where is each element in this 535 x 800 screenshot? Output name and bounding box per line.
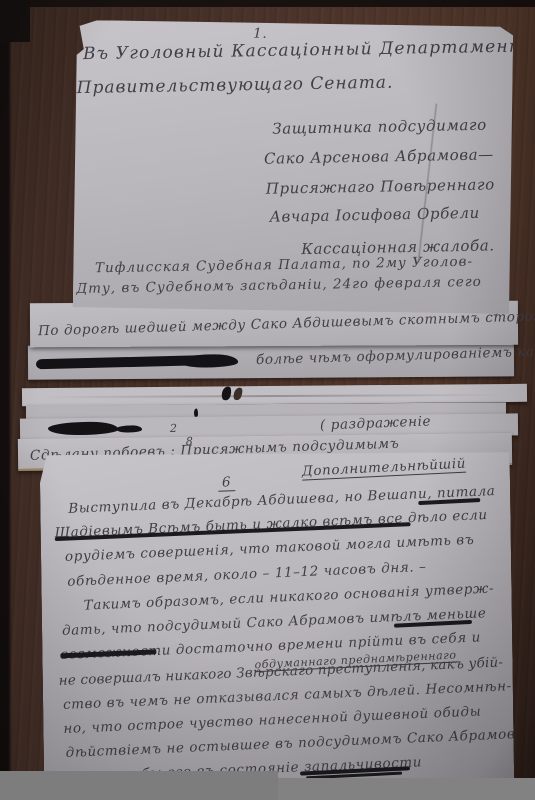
manuscript-line-petitioner-3: Присяжнаго Повѣреннаго [266, 175, 495, 197]
manuscript-fragment: 2 [170, 422, 178, 435]
ink-redaction-blot-tail [178, 354, 238, 367]
top-sheet: 1. Въ Уголовный Кассаціонный Департамент… [73, 20, 514, 314]
manuscript-line-petitioner-2: Сако Арсенова Абрамова— [264, 145, 494, 167]
manuscript-line-address-2: Правительствующаго Сената. [77, 73, 394, 99]
top-stack-under-strip-2: болѣе чѣмъ оформулированіемъ какъ — [28, 342, 514, 379]
page-number: 1. [253, 26, 267, 42]
ink-blot-small [116, 425, 142, 432]
gray-crop-bar-left [0, 771, 278, 800]
manuscript-line-address-1: Въ Уголовный Кассаціонный Департаментъ [83, 36, 535, 64]
ink-blot-large [48, 422, 118, 436]
ink-mark [232, 386, 244, 401]
manuscript-heading-supplement: Дополнительнѣйшій [301, 456, 466, 481]
page-number: 6 [218, 474, 236, 492]
fold-line [42, 394, 502, 398]
manuscript-line: болѣе чѣмъ оформулированіемъ какъ — [256, 343, 535, 368]
manuscript-line-petitioner-4: Авчара Іосифова Орбели [269, 204, 480, 226]
photo-corner-dark [0, 0, 30, 42]
ink-mark [220, 386, 232, 402]
bottom-sheet: 6 Дополнительнѣйшій Выступила въ Декабрѣ… [40, 449, 515, 800]
photo-edge-shadow-left [0, 0, 12, 800]
photo-of-manuscript: болѣе чѣмъ оформулированіемъ какъ — у. П… [0, 0, 535, 800]
manuscript-line-petitioner-1: Защитника подсудимаго [272, 116, 487, 138]
photo-edge-shadow-top [0, 0, 535, 7]
manuscript-fragment-right: ( раздраженіе [320, 413, 432, 433]
manuscript-line-body-2: ному Дту, въ Судебномъ засѣданіи, 24го ф… [31, 274, 482, 298]
gray-crop-bar-right [278, 778, 535, 800]
